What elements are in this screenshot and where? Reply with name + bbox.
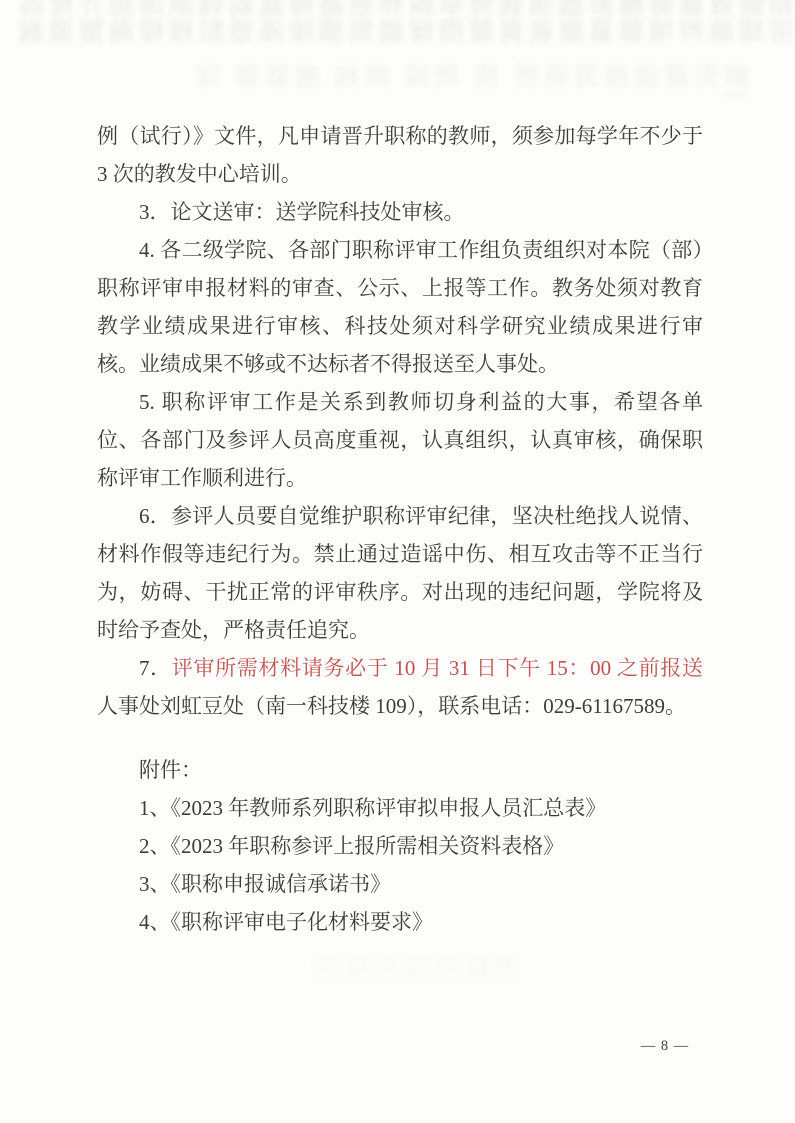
paragraph-item-6: 6．参评人员要自觉维护职称评审纪律，坚决杜绝找人说情、材料作假等违纪行为。禁止通… <box>97 497 703 649</box>
paragraph-item-5: 5. 职称评审工作是关系到教师切身利益的大事，希望各单位、各部门及参评人员高度重… <box>97 383 703 497</box>
attachment-item-4: 4、《职称评审电子化材料要求》 <box>97 903 703 941</box>
attachment-item-2: 2、《2023 年职称参评上报所需相关资料表格》 <box>97 827 703 865</box>
document-page: 籍驟釁纛爨齉鬱灩骧囊鹰攀麟彝戆矗瓣蠢霸魏灏瀑臆齐鹭霹雳耀蘸辫壤馨纂鏖羲冀麓攒窿疆… <box>0 0 795 1123</box>
deadline-number-prefix: 7． <box>139 656 172 680</box>
deadline-contact-text: 人事处刘虹豆处（南一科技楼 109），联系电话：029-61167589。 <box>97 694 686 718</box>
attachments-section: 附件： 1、《2023 年教师系列职称评审拟申报人员汇总表》 2、《2023 年… <box>97 751 703 941</box>
scan-bleedthrough-second: 麟鬓纛疆蘸霭籁攒 馥 瓒臻 颤巍 鏖纂馨 窿 獭 <box>170 64 750 98</box>
paragraph-item-4: 4. 各二级学院、各部门职称评审工作组负责组织对本院（部）职称评审申报材料的审查… <box>97 231 703 383</box>
scan-bleedthrough-bottom: 霭籁攒馥瓒臻颤 <box>90 955 520 1025</box>
attachment-item-3: 3、《职称申报诚信承诺书》 <box>97 865 703 903</box>
deadline-highlight-text: 评审所需材料请务必于 10 月 31 日下午 15：00 之前报送 <box>172 656 703 680</box>
document-body: 例（试行）》文件，凡申请晋升职称的教师，须参加每学年不少于 3 次的教发中心培训… <box>97 117 703 941</box>
attachments-header: 附件： <box>97 751 703 789</box>
page-number: — 8 — <box>630 1038 700 1055</box>
scan-bleedthrough-top: 籍驟釁纛爨齉鬱灩骧囊鹰攀麟彝戆矗瓣蠢霸魏灏瀑臆齐鹭霹雳耀蘸辫壤馨纂鏖羲冀麓攒窿疆… <box>0 0 795 46</box>
paragraph-item-3: 3．论文送审：送学院科技处审核。 <box>97 193 703 231</box>
paragraph-continuation: 例（试行）》文件，凡申请晋升职称的教师，须参加每学年不少于 3 次的教发中心培训… <box>97 117 703 193</box>
paragraph-item-7-deadline: 7．评审所需材料请务必于 10 月 31 日下午 15：00 之前报送人事处刘虹… <box>97 649 703 725</box>
attachment-item-1: 1、《2023 年教师系列职称评审拟申报人员汇总表》 <box>97 789 703 827</box>
